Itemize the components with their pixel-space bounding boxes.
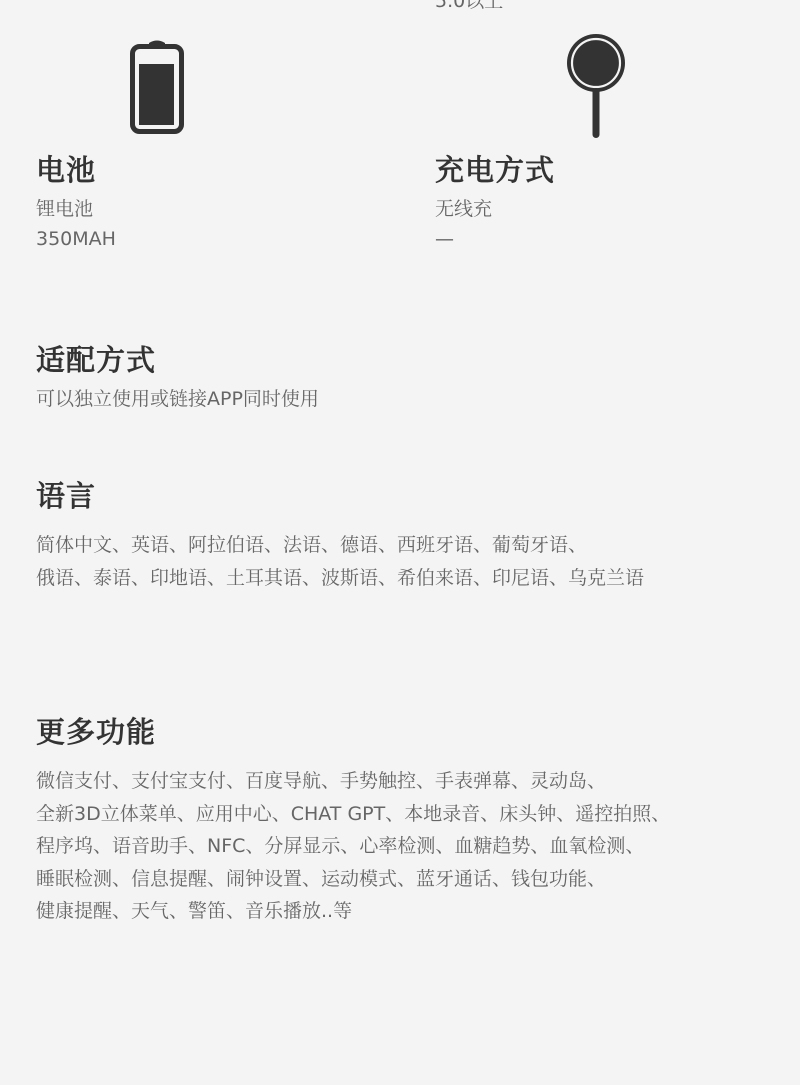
language-line: 简体中文、英语、阿拉伯语、法语、德语、西班牙语、葡萄牙语、	[36, 529, 644, 562]
charging-title: 充电方式	[435, 152, 555, 188]
feature-line: 睡眠检测、信息提醒、闹钟设置、运动模式、蓝牙通话、钱包功能、	[36, 863, 670, 896]
battery-type: 锂电池	[36, 194, 93, 224]
feature-line: 全新3D立体菜单、应用中心、CHAT GPT、本地录音、床头钟、遥控拍照、	[36, 798, 670, 831]
language-title: 语言	[36, 478, 96, 514]
battery-capacity: 350MAH	[36, 224, 116, 254]
compatibility-text: 可以独立使用或链接APP同时使用	[36, 384, 319, 414]
feature-line: 健康提醒、天气、警笛、音乐播放..等	[36, 895, 670, 928]
more-features-title: 更多功能	[36, 714, 156, 750]
charging-type: 无线充	[435, 194, 492, 224]
feature-line: 微信支付、支付宝支付、百度导航、手势触控、手表弹幕、灵动岛、	[36, 765, 670, 798]
wireless-charger-icon	[565, 32, 627, 140]
more-features-list: 微信支付、支付宝支付、百度导航、手势触控、手表弹幕、灵动岛、 全新3D立体菜单、…	[36, 765, 670, 928]
cut-off-spec-value: 5.0以上	[435, 0, 503, 16]
battery-icon	[129, 39, 185, 135]
battery-title: 电池	[36, 152, 96, 188]
language-list: 简体中文、英语、阿拉伯语、法语、德语、西班牙语、葡萄牙语、 俄语、泰语、印地语、…	[36, 529, 644, 594]
charging-extra: —	[435, 224, 454, 254]
feature-line: 程序坞、语音助手、NFC、分屏显示、心率检测、血糖趋势、血氧检测、	[36, 830, 670, 863]
compatibility-title: 适配方式	[36, 342, 156, 378]
language-line: 俄语、泰语、印地语、土耳其语、波斯语、希伯来语、印尼语、乌克兰语	[36, 562, 644, 595]
